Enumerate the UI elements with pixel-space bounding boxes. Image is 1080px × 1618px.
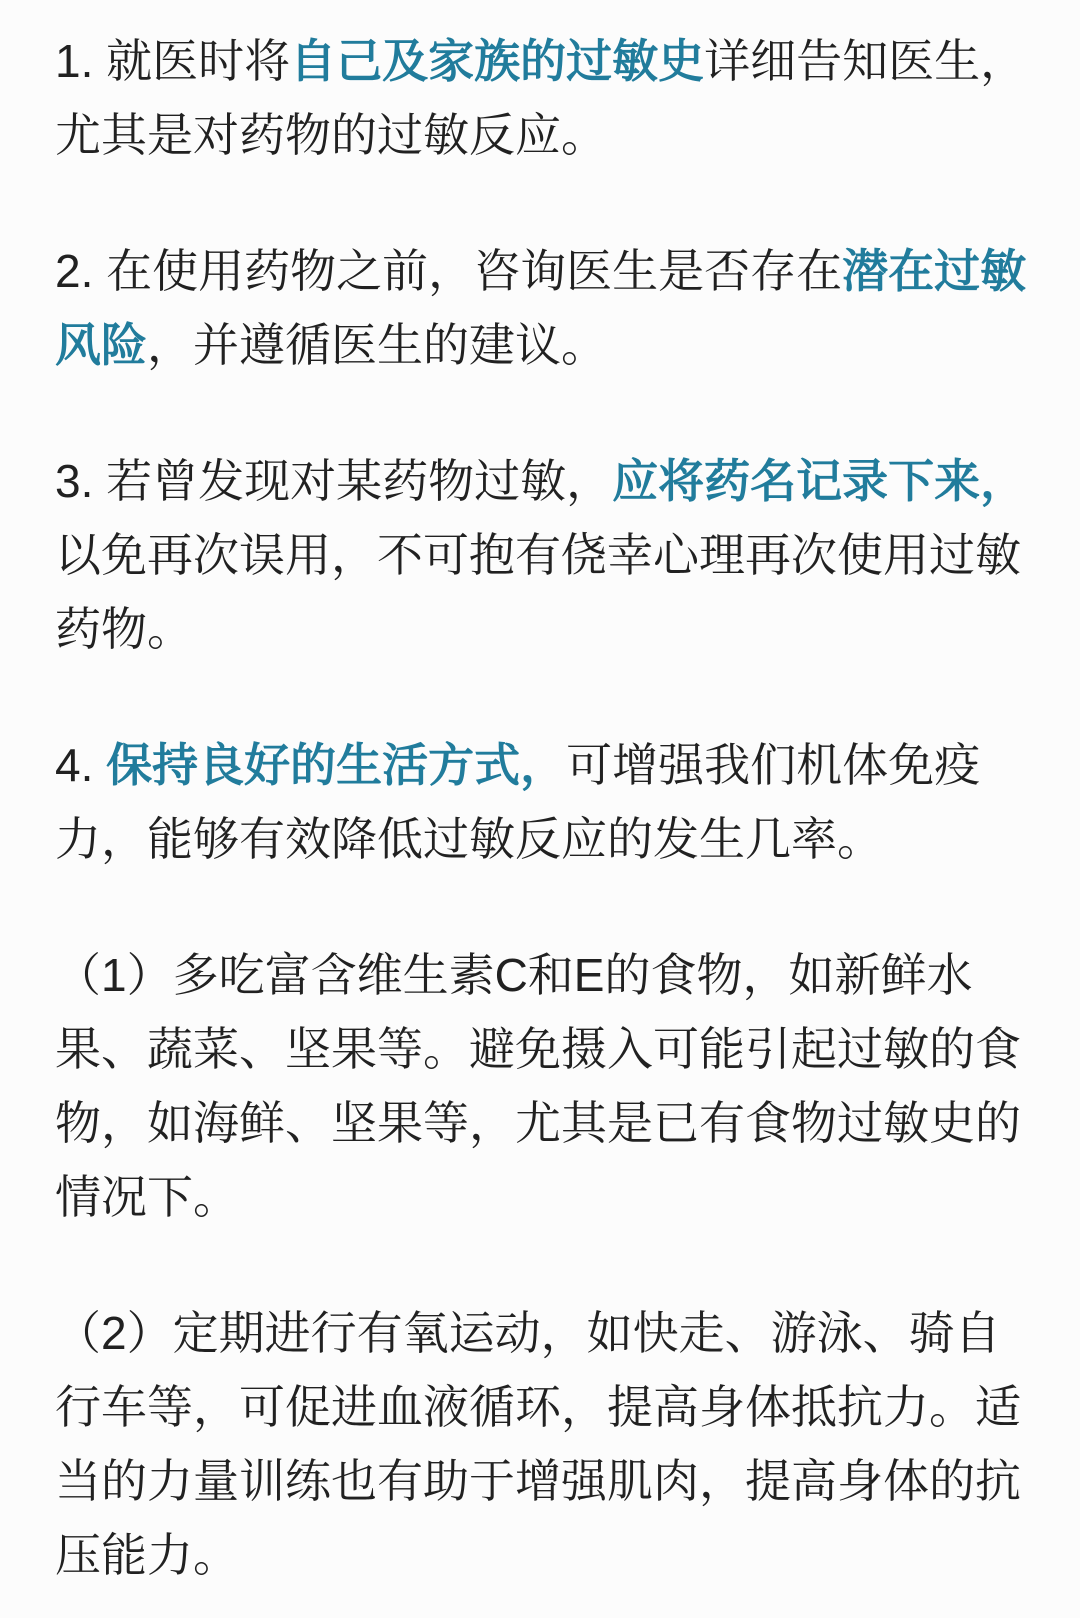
- list-item-4: 4. 保持良好的生活方式，可增强我们机体免疫力，能够有效降低过敏反应的发生几率。: [55, 728, 1027, 876]
- sub-item-1: （1）多吃富含维生素C和E的食物，如新鲜水果、蔬菜、坚果等。避免摄入可能引起过敏…: [55, 938, 1027, 1234]
- text-run: 3. 若曾发现对某药物过敏，: [55, 455, 612, 507]
- text-run: （1）多吃富含维生素C和E的食物，如新鲜水果、蔬菜、坚果等。避免摄入可能引起过敏…: [55, 949, 1021, 1223]
- text-run: （2）定期进行有氧运动，如快走、游泳、骑自行车等，可促进血液循环，提高身体抵抗力…: [55, 1307, 1021, 1581]
- list-item-2: 2. 在使用药物之前，咨询医生是否存在潜在过敏风险，并遵循医生的建议。: [55, 234, 1027, 382]
- list-item-1: 1. 就医时将自己及家族的过敏史详细告知医生，尤其是对药物的过敏反应。: [55, 24, 1027, 172]
- text-run: 4.: [55, 739, 106, 791]
- list-item-3: 3. 若曾发现对某药物过敏，应将药名记录下来，以免再次误用，不可抱有侥幸心理再次…: [55, 444, 1027, 666]
- article-body: 1. 就医时将自己及家族的过敏史详细告知医生，尤其是对药物的过敏反应。 2. 在…: [0, 0, 1080, 1618]
- text-run: ，并遵循医生的建议。: [147, 319, 607, 371]
- text-run: 1. 就医时将: [55, 35, 290, 87]
- highlight-run-record-drug-name: 应将药名记录下来，: [612, 455, 1026, 507]
- text-run: 以免再次误用，不可抱有侥幸心理再次使用过敏药物。: [55, 529, 1021, 655]
- text-run: 2. 在使用药物之前，咨询医生是否存在: [55, 245, 842, 297]
- highlight-run-allergy-history: 自己及家族的过敏史: [290, 35, 704, 87]
- highlight-run-healthy-lifestyle: 保持良好的生活方式，: [106, 739, 566, 791]
- sub-item-2: （2）定期进行有氧运动，如快走、游泳、骑自行车等，可促进血液循环，提高身体抵抗力…: [55, 1296, 1027, 1592]
